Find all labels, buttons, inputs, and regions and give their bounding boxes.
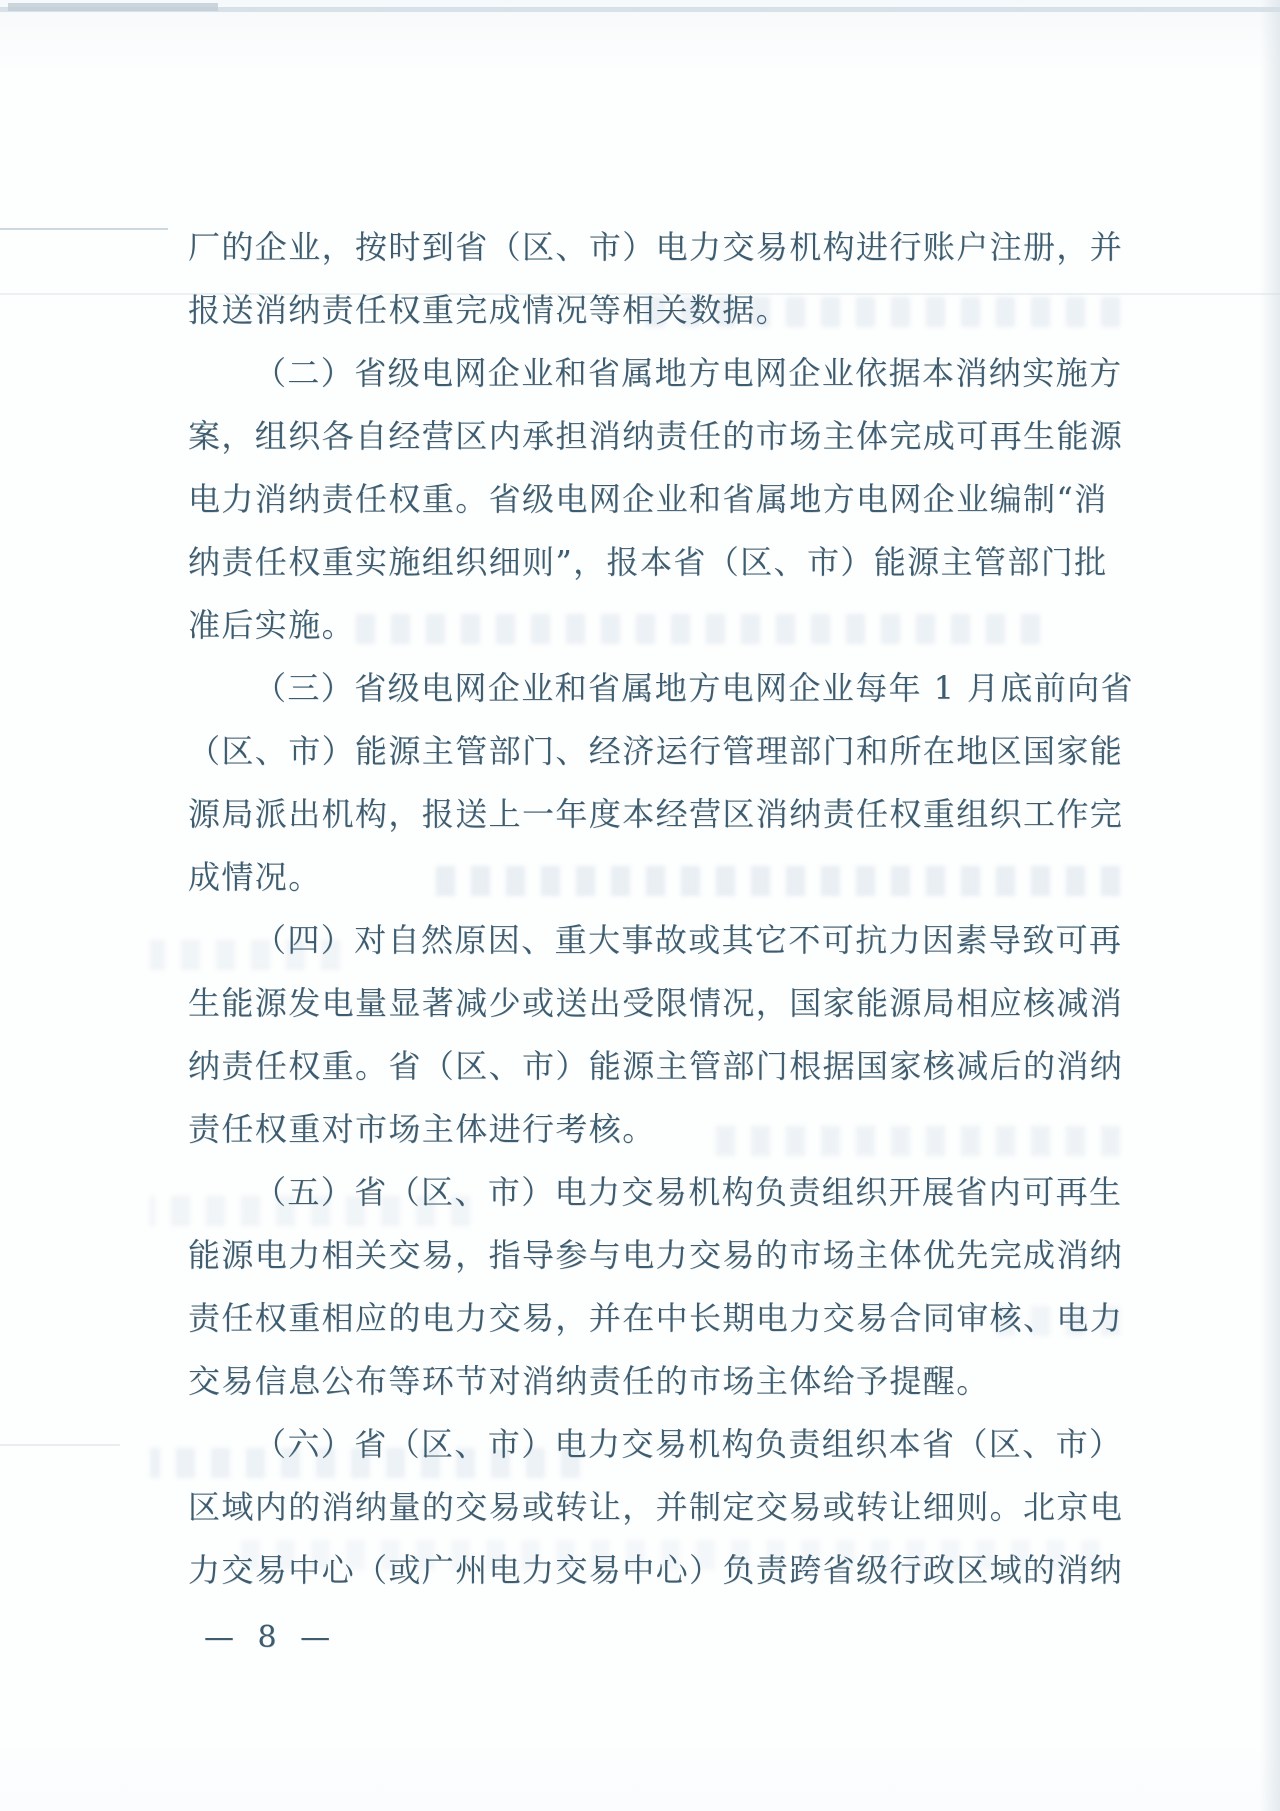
document-line: 区域内的消纳量的交易或转让，并制定交易或转让细则。北京电 <box>188 1476 1128 1539</box>
document-line: 责任权重相应的电力交易，并在中长期电力交易合同审核、电力 <box>188 1287 1128 1350</box>
document-line: 源局派出机构，报送上一年度本经营区消纳责任权重组织工作完 <box>188 783 1128 846</box>
scan-streak <box>0 7 1280 12</box>
document-line: （区、市）能源主管部门、经济运行管理部门和所在地区国家能 <box>188 720 1128 783</box>
scan-streak <box>8 3 218 11</box>
scan-edge-shadow <box>1260 0 1280 1811</box>
document-line: （六）省（区、市）电力交易机构负责组织本省（区、市） <box>188 1413 1128 1476</box>
document-line: 厂的企业，按时到省（区、市）电力交易机构进行账户注册，并 <box>188 216 1128 279</box>
document-line: 能源电力相关交易，指导参与电力交易的市场主体优先完成消纳 <box>188 1224 1128 1287</box>
page-number: — 8 — <box>204 1616 337 1660</box>
document-line: 生能源发电量显著减少或送出受限情况，国家能源局相应核减消 <box>188 972 1128 1035</box>
document-line: 准后实施。 <box>188 594 1128 657</box>
document-line: （三）省级电网企业和省属地方电网企业每年 1 月底前向省 <box>188 657 1128 720</box>
document-line: （五）省（区、市）电力交易机构负责组织开展省内可再生 <box>188 1161 1128 1224</box>
scan-streak <box>0 1444 120 1446</box>
document-line: 纳责任权重实施组织细则”，报本省（区、市）能源主管部门批 <box>188 531 1128 594</box>
document-line: 交易信息公布等环节对消纳责任的市场主体给予提醒。 <box>188 1350 1128 1413</box>
document-line: 责任权重对市场主体进行考核。 <box>188 1098 1128 1161</box>
document-line: 报送消纳责任权重完成情况等相关数据。 <box>188 279 1128 342</box>
document-line: 纳责任权重。省（区、市）能源主管部门根据国家核减后的消纳 <box>188 1035 1128 1098</box>
scan-streak <box>0 228 168 230</box>
document-body: 厂的企业，按时到省（区、市）电力交易机构进行账户注册，并报送消纳责任权重完成情况… <box>188 216 1128 1602</box>
document-line: 电力消纳责任权重。省级电网企业和省属地方电网企业编制“消 <box>188 468 1128 531</box>
document-line: （二）省级电网企业和省属地方电网企业依据本消纳实施方 <box>188 342 1128 405</box>
document-page: 厂的企业，按时到省（区、市）电力交易机构进行账户注册，并报送消纳责任权重完成情况… <box>0 0 1280 1811</box>
document-line: （四）对自然原因、重大事故或其它不可抗力因素导致可再 <box>188 909 1128 972</box>
document-line: 案，组织各自经营区内承担消纳责任的市场主体完成可再生能源 <box>188 405 1128 468</box>
document-line: 成情况。 <box>188 846 1128 909</box>
document-line: 力交易中心（或广州电力交易中心）负责跨省级行政区域的消纳 <box>188 1539 1128 1602</box>
